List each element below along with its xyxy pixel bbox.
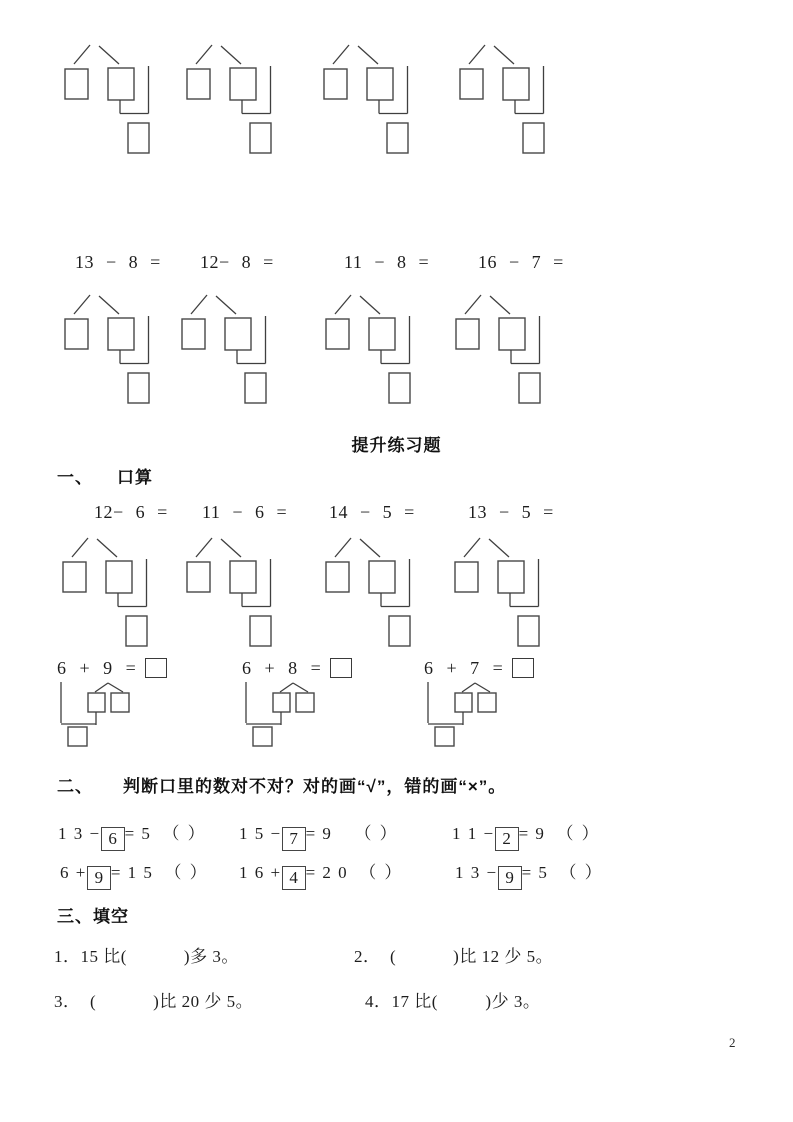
boxed-answer: 7 [282, 827, 306, 851]
number-bond-diagram [61, 535, 156, 653]
number-bond-diagram [63, 42, 158, 160]
judge-parens: （ ） [359, 863, 403, 882]
diagram-row-subtraction [0, 292, 793, 414]
judge-post: = 1 5 [111, 863, 154, 882]
equation: 14 − 5 = [329, 502, 415, 523]
section1-title: 口算 [117, 468, 153, 487]
decomposition-lines [424, 680, 594, 750]
number-bond-diagram [322, 42, 417, 160]
judge-problem: 6 +9= 1 5（ ） [60, 858, 209, 890]
judge-problem: 1 1 −2= 9（ ） [452, 819, 601, 851]
section2-heading: 二、判断口里的数对不对？对的画“√”，错的画“×”。 [57, 772, 506, 797]
fill-blank-item: 3． ( )比 20 少 5。 [54, 987, 253, 1012]
worksheet-page: 13 − 8 = 12− 8 = 11 − 8 = 16 − 7 = 提升练习题… [0, 0, 793, 1122]
equation: 11 − 6 = [202, 502, 287, 523]
boxed-answer: 6 [101, 827, 125, 851]
section2-title: 判断口里的数对不对？对的画“√”，错的画“×”。 [123, 777, 506, 796]
section1-heading: 一、口算 [57, 463, 153, 488]
judge-pre: 1 5 − [239, 824, 282, 843]
section2-label: 二、 [57, 777, 93, 796]
judge-post: = 9 [519, 824, 546, 843]
judge-parens: （ ） [354, 824, 398, 843]
answer-box [512, 658, 534, 678]
judge-problem: 1 6 +4= 2 0（ ） [239, 858, 403, 890]
equation: 13 − 5 = [468, 502, 554, 523]
judge-problem: 1 3 −9= 5（ ） [455, 858, 604, 890]
number-bond-diagram [185, 42, 280, 160]
judge-pre: 1 3 − [58, 824, 101, 843]
addition-problem: 6 + 9 = [57, 658, 235, 754]
number-bond-diagram [324, 535, 419, 653]
judge-post: = 9 [306, 824, 333, 843]
judge-parens: （ ） [164, 863, 208, 882]
judge-pre: 6 + [60, 863, 87, 882]
number-bond-diagram [180, 292, 275, 410]
answer-box [330, 658, 352, 678]
boxed-answer: 2 [495, 827, 519, 851]
section3-heading: 三、填空 [57, 902, 129, 927]
judge-post: = 2 0 [306, 863, 349, 882]
addition-problem: 6 + 8 = [242, 658, 420, 754]
judge-post: = 5 [125, 824, 152, 843]
judge-pre: 1 1 − [452, 824, 495, 843]
fill-blank-item: 1．15 比( )多 3。 [54, 942, 239, 967]
judge-post: = 5 [522, 863, 549, 882]
diagram-row-top [0, 42, 793, 164]
judge-parens: （ ） [559, 863, 603, 882]
number-bond-diagram [324, 292, 419, 410]
judge-parens: （ ） [162, 824, 206, 843]
equation: 13 − 8 = [75, 252, 161, 273]
judge-problem: 1 3 −6= 5（ ） [58, 819, 207, 851]
boxed-answer: 9 [87, 866, 111, 890]
judge-parens: （ ） [556, 824, 600, 843]
equation: 6 + 7 = [424, 658, 503, 679]
diagram-row-oral [0, 535, 793, 657]
equation: 6 + 8 = [242, 658, 321, 679]
answer-box [145, 658, 167, 678]
fill-blank-item: 2． ( )比 12 少 5。 [354, 942, 553, 967]
equation: 12− 8 = [200, 252, 274, 273]
number-bond-diagram [454, 292, 549, 410]
section3-label: 三、 [57, 907, 93, 926]
addition-problem: 6 + 7 = [424, 658, 602, 754]
page-title: 提升练习题 [0, 431, 793, 456]
section1-label: 一、 [57, 468, 93, 487]
judge-problem: 1 5 −7= 9（ ） [239, 819, 399, 851]
number-bond-diagram [453, 535, 548, 653]
page-number: 2 [729, 1035, 736, 1051]
number-bond-diagram [185, 535, 280, 653]
fill-blank-item: 4．17 比( )少 3。 [365, 987, 540, 1012]
boxed-answer: 9 [498, 866, 522, 890]
boxed-answer: 4 [282, 866, 306, 890]
equation: 12− 6 = [94, 502, 168, 523]
number-bond-diagram [458, 42, 553, 160]
number-bond-diagram [63, 292, 158, 410]
equation: 16 − 7 = [478, 252, 564, 273]
equation: 6 + 9 = [57, 658, 136, 679]
decomposition-lines [57, 680, 227, 750]
judge-pre: 1 3 − [455, 863, 498, 882]
equation: 11 − 8 = [344, 252, 429, 273]
judge-pre: 1 6 + [239, 863, 282, 882]
decomposition-lines [242, 680, 412, 750]
section3-title: 填空 [93, 907, 129, 926]
